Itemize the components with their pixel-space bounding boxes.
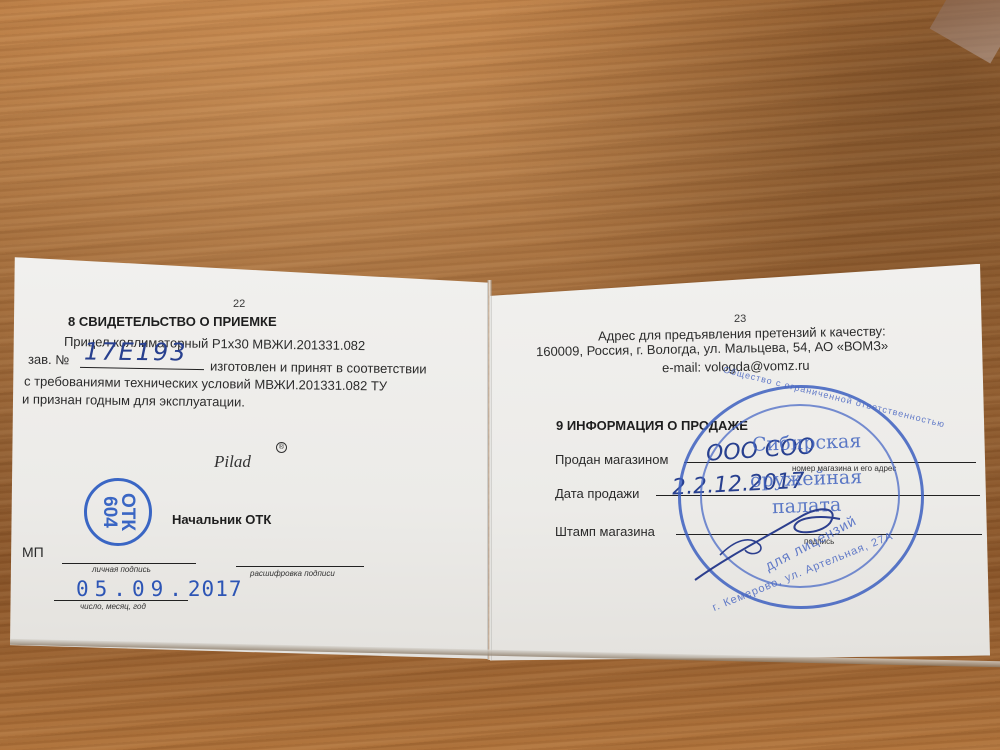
- acceptance-section-title: 8 СВИДЕТЕЛЬСТВО О ПРИЕМКЕ: [68, 314, 277, 329]
- signature-line: [62, 563, 196, 564]
- date-day: 05: [76, 577, 113, 601]
- otk-stamp-text: ОТК: [118, 493, 136, 531]
- page-number-left: 22: [233, 298, 245, 310]
- page-number-right: 23: [734, 313, 746, 325]
- stamp-line-2: оружейная: [750, 466, 863, 492]
- sale-date-label: Дата продажи: [555, 486, 639, 501]
- handwritten-signature: [690, 495, 850, 585]
- date-line: [54, 600, 188, 601]
- serial-suffix: изготовлен и принят в соответствии: [210, 358, 427, 376]
- approval-line: и признан годным для эксплуатации.: [22, 391, 245, 409]
- mp-label: МП: [22, 544, 44, 560]
- otk-stamp-number: 604: [100, 496, 118, 528]
- sold-by-label: Продан магазином: [555, 452, 668, 467]
- date-stamp: 05.09.2017: [76, 577, 242, 601]
- otk-head-label: Начальник ОТК: [172, 512, 271, 527]
- date-month: 09: [132, 577, 169, 601]
- booklet-spine: [487, 280, 492, 660]
- serial-number-handwritten: 17E193: [84, 338, 188, 367]
- shop-stamp-label: Штамп магазина: [555, 524, 655, 539]
- date-caption: число, месяц, год: [80, 602, 146, 611]
- date-year: 2017: [188, 577, 243, 601]
- stamp-line-1: Сибирская: [752, 430, 862, 456]
- passport-booklet: 22 8 СВИДЕТЕЛЬСТВО О ПРИЕМКЕ Прицел колл…: [0, 0, 1000, 750]
- pilad-logo: Pilad: [214, 452, 251, 472]
- decode-line: [236, 566, 364, 567]
- signature-caption: личная подпись: [92, 565, 151, 574]
- serial-prefix: зав. №: [28, 352, 69, 368]
- decode-caption: расшифровка подписи: [250, 569, 335, 578]
- registered-mark: ®: [276, 442, 287, 453]
- otk-stamp: ОТК 604: [84, 478, 152, 546]
